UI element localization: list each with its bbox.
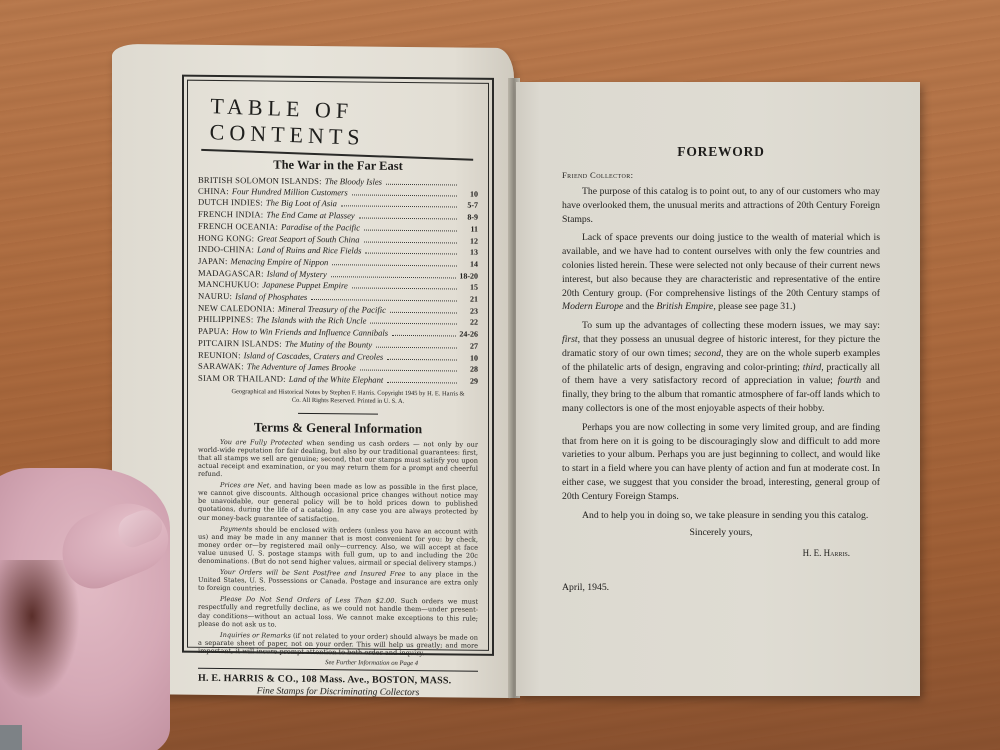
- terms-paragraph: You are Fully Protected when sending us …: [198, 437, 478, 480]
- toc-leader-dots: [387, 358, 457, 360]
- body-text: Perhaps you are now collecting in some v…: [562, 422, 880, 502]
- body-text: and the: [623, 301, 656, 312]
- toc-country: Papua:: [198, 326, 229, 337]
- toc-description: How to Win Friends and Influence Canniba…: [232, 326, 388, 338]
- section-divider: [298, 412, 378, 414]
- right-page: FOREWORD Friend Collector: The purpose o…: [516, 82, 920, 696]
- toc-leader-dots: [370, 323, 457, 325]
- toc-leader-dots: [365, 253, 457, 255]
- hand-shadow: [0, 560, 80, 700]
- toc-description: Island of Cascades, Craters and Creoles: [244, 350, 384, 362]
- toc-leader-dots: [311, 299, 457, 302]
- footer-rule: [198, 668, 478, 672]
- toc-description: Great Seaport of South China: [257, 233, 359, 245]
- toc-description: The Bloody Isles: [325, 176, 382, 187]
- toc-country: Siam or Thailand:: [198, 373, 286, 385]
- toc-leader-dots: [386, 184, 457, 186]
- toc-page-number: 10: [460, 189, 478, 200]
- toc-description: Menacing Empire of Nippon: [231, 256, 329, 268]
- toc-description: Land of the White Elephant: [289, 374, 384, 386]
- toc-page-number: 23: [460, 306, 478, 317]
- terms-title: Terms & General Information: [198, 418, 478, 437]
- toc-page-number: 12: [460, 236, 478, 247]
- emphasis-text: Modern Europe: [562, 301, 623, 312]
- foreword-paragraph: Perhaps you are now collecting in some v…: [562, 421, 880, 504]
- emphasis-text: British Empire: [656, 301, 713, 312]
- copyright-note: Geographical and Historical Notes by Ste…: [228, 388, 468, 407]
- toc-page-number: 18-20: [459, 271, 478, 282]
- toc-page-number: 14: [460, 259, 478, 270]
- toc-country: Sarawak:: [198, 361, 244, 372]
- foreword-paragraph: And to help you in doing so, we take ple…: [562, 509, 880, 523]
- toc-leader-dots: [364, 229, 457, 231]
- further-info-note: See Further Information on Page 4: [198, 658, 418, 667]
- terms-paragraph: Please Do Not Send Orders of Less Than $…: [198, 595, 478, 630]
- toc-description: The End Came at Plassey: [266, 210, 354, 222]
- toc-leader-dots: [341, 206, 457, 208]
- toc-subtitle: The War in the Far East: [198, 157, 478, 175]
- toc-country: Dutch Indies:: [198, 197, 263, 208]
- toc-page-number: 5-7: [460, 201, 478, 212]
- emphasis-text: third: [803, 362, 821, 373]
- terms-body: You are Fully Protected when sending us …: [198, 437, 478, 657]
- toc-page-number: 29: [460, 376, 478, 387]
- toc-page-number: 24-26: [459, 330, 478, 341]
- toc-leader-dots: [352, 288, 457, 290]
- toc-leader-dots: [352, 194, 457, 196]
- toc-entry: Siam or Thailand:Land of the White Eleph…: [198, 373, 478, 388]
- foreword-title: FOREWORD: [562, 144, 880, 160]
- foreword-salutation: Friend Collector:: [562, 170, 880, 180]
- toc-description: The Mutiny of the Bounty: [285, 339, 372, 351]
- toc-description: Island of Phosphates: [235, 291, 307, 302]
- toc-description: Land of Ruins and Rice Fields: [257, 245, 361, 257]
- toc-page-number: 11: [460, 224, 478, 235]
- foreword-body: The purpose of this catalog is to point …: [562, 185, 880, 522]
- toc-description: The Islands with the Rich Uncle: [256, 315, 366, 327]
- toc-leader-dots: [331, 276, 456, 278]
- toc-leader-dots: [390, 312, 457, 314]
- toc-description: The Adventure of James Brooke: [247, 362, 356, 374]
- toc-country: French India:: [198, 209, 263, 220]
- terms-lead: Payments: [220, 525, 252, 533]
- toc-country: China:: [198, 185, 229, 196]
- toc-page-number: 27: [460, 341, 478, 352]
- foreword-closing: Sincerely yours,: [562, 527, 880, 538]
- toc-page-number: 8-9: [460, 213, 478, 224]
- toc-page-number: 28: [460, 365, 478, 376]
- toc-country: Indo-China:: [198, 244, 254, 255]
- toc-page-number: 13: [460, 248, 478, 259]
- toc-country: Nauru:: [198, 291, 232, 302]
- toc-page-number: 10: [460, 353, 478, 364]
- toc-country: Hong Kong:: [198, 232, 254, 243]
- toc-leader-dots: [387, 382, 457, 384]
- body-text: To sum up the advantages of collecting t…: [582, 320, 880, 331]
- emphasis-text: first: [562, 334, 578, 345]
- body-text: , please see page 31.): [713, 301, 795, 312]
- left-page: TABLE OF CONTENTS The War in the Far Eas…: [112, 44, 514, 698]
- emphasis-text: fourth: [838, 375, 862, 386]
- foreword-paragraph: The purpose of this catalog is to point …: [562, 185, 880, 226]
- terms-paragraph: Your Orders will be Sent Postfree and In…: [198, 568, 478, 595]
- body-text: Lack of space prevents our doing justice…: [562, 232, 880, 298]
- toc-page-number: 22: [460, 318, 478, 329]
- toc-description: Japanese Puppet Empire: [262, 280, 348, 292]
- foreword-paragraph: Lack of space prevents our doing justice…: [562, 231, 880, 314]
- sleeve: [0, 725, 22, 750]
- toc-description: Island of Mystery: [267, 268, 327, 279]
- toc-leader-dots: [364, 241, 457, 243]
- toc-country: Reunion:: [198, 349, 241, 360]
- foreword-paragraph: To sum up the advantages of collecting t…: [562, 319, 880, 416]
- body-text: And to help you in doing so, we take ple…: [582, 510, 868, 521]
- terms-paragraph: Prices are Net, and having been made as …: [198, 481, 478, 524]
- toc-leader-dots: [360, 370, 457, 372]
- toc-country: Japan:: [198, 256, 228, 267]
- toc-leader-dots: [392, 335, 456, 337]
- toc-description: Four Hundred Million Customers: [232, 186, 348, 198]
- toc-list: British Solomon Islands:The Bloody Isles…: [198, 175, 478, 388]
- toc-country: Madagascar:: [198, 267, 264, 278]
- toc-frame: TABLE OF CONTENTS The War in the Far Eas…: [182, 75, 494, 656]
- terms-paragraph: Payments should be enclosed with orders …: [198, 524, 478, 567]
- toc-leader-dots: [359, 218, 457, 220]
- toc-country: Manchukuo:: [198, 279, 259, 290]
- toc-country: French Oceania:: [198, 221, 278, 233]
- foreword-date: April, 1945.: [562, 582, 880, 593]
- terms-paragraph: Inquiries or Remarks (if not related to …: [198, 631, 478, 658]
- publisher-tagline: Fine Stamps for Discriminating Collector…: [198, 686, 478, 699]
- toc-page-number: 15: [460, 283, 478, 294]
- toc-leader-dots: [376, 347, 457, 349]
- toc-description: The Big Loot of Asia: [266, 198, 337, 209]
- toc-country: Philippines:: [198, 314, 253, 325]
- toc-title: TABLE OF CONTENTS: [201, 93, 474, 161]
- toc-page-number: 21: [460, 295, 478, 306]
- emphasis-text: second: [694, 348, 721, 359]
- toc-country: New Caledonia:: [198, 303, 275, 315]
- publisher-address: H. E. HARRIS & CO., 108 Mass. Ave., BOST…: [198, 673, 478, 687]
- body-text: The purpose of this catalog is to point …: [562, 186, 880, 225]
- toc-description: Mineral Treasury of the Pacific: [278, 303, 386, 315]
- toc-country: Pitcairn Islands:: [198, 338, 282, 350]
- foreword-signature: H. E. Harris.: [562, 548, 850, 558]
- toc-leader-dots: [332, 264, 457, 266]
- toc-description: Paradise of the Pacific: [281, 221, 360, 233]
